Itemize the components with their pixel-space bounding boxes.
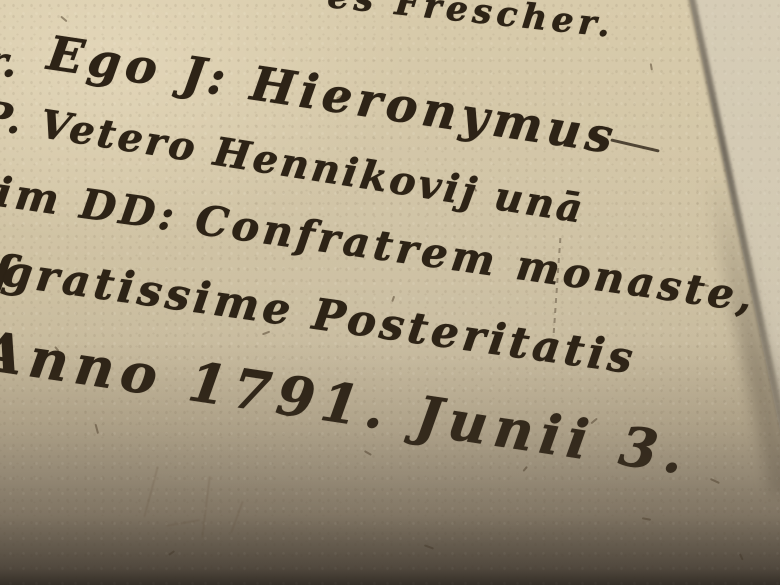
ink-showthrough — [230, 501, 244, 534]
handwriting-fragment-left-1: r. — [0, 36, 21, 87]
paper-fiber — [60, 16, 67, 22]
paper-fiber — [168, 550, 175, 555]
handwriting-line-top: es Frescher. — [326, 0, 617, 46]
paper-fiber — [642, 517, 651, 520]
paper-fiber — [739, 553, 743, 560]
paper-fiber — [522, 466, 527, 472]
ink-flourish-dash — [610, 138, 659, 152]
paper-fiber — [650, 63, 653, 70]
paper-fiber — [364, 450, 372, 455]
paper-fiber — [95, 424, 99, 434]
ink-showthrough — [201, 476, 211, 538]
ink-showthrough — [143, 467, 158, 518]
paper-fiber — [710, 478, 720, 484]
paper-fiber — [424, 544, 434, 549]
ink-showthrough — [166, 519, 200, 527]
manuscript-photo: es Frescher. r. Ego J: Hieronymus P. Vet… — [0, 0, 780, 585]
